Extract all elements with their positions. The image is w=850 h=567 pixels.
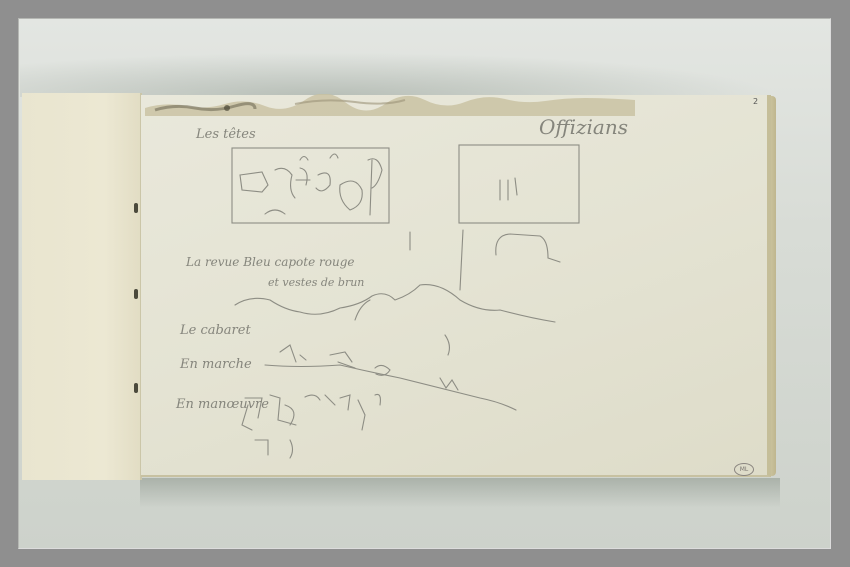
label-en-marche: En marche [180,357,252,372]
label-en-manoeuvre: En manœuvre [176,397,269,412]
collection-stamp: ML [734,463,754,476]
label-le-cabaret: Le cabaret [180,323,251,338]
page-shadow-bottom [140,478,780,508]
binding-stitch [134,203,138,213]
page-number: 2 [753,97,758,106]
label-offizians: Offizians [539,115,628,139]
label-les-tetes: Les têtes [196,127,256,142]
label-la-revue: La revue Bleu capote rouge [186,255,355,269]
right-page [141,95,771,477]
left-page [22,93,142,480]
page-shadow-top [20,52,780,97]
label-vestes: et vestes de brun [268,276,364,289]
binding-stitch [134,383,138,393]
binding-stitch [134,289,138,299]
torn-edge-stain [145,94,635,116]
